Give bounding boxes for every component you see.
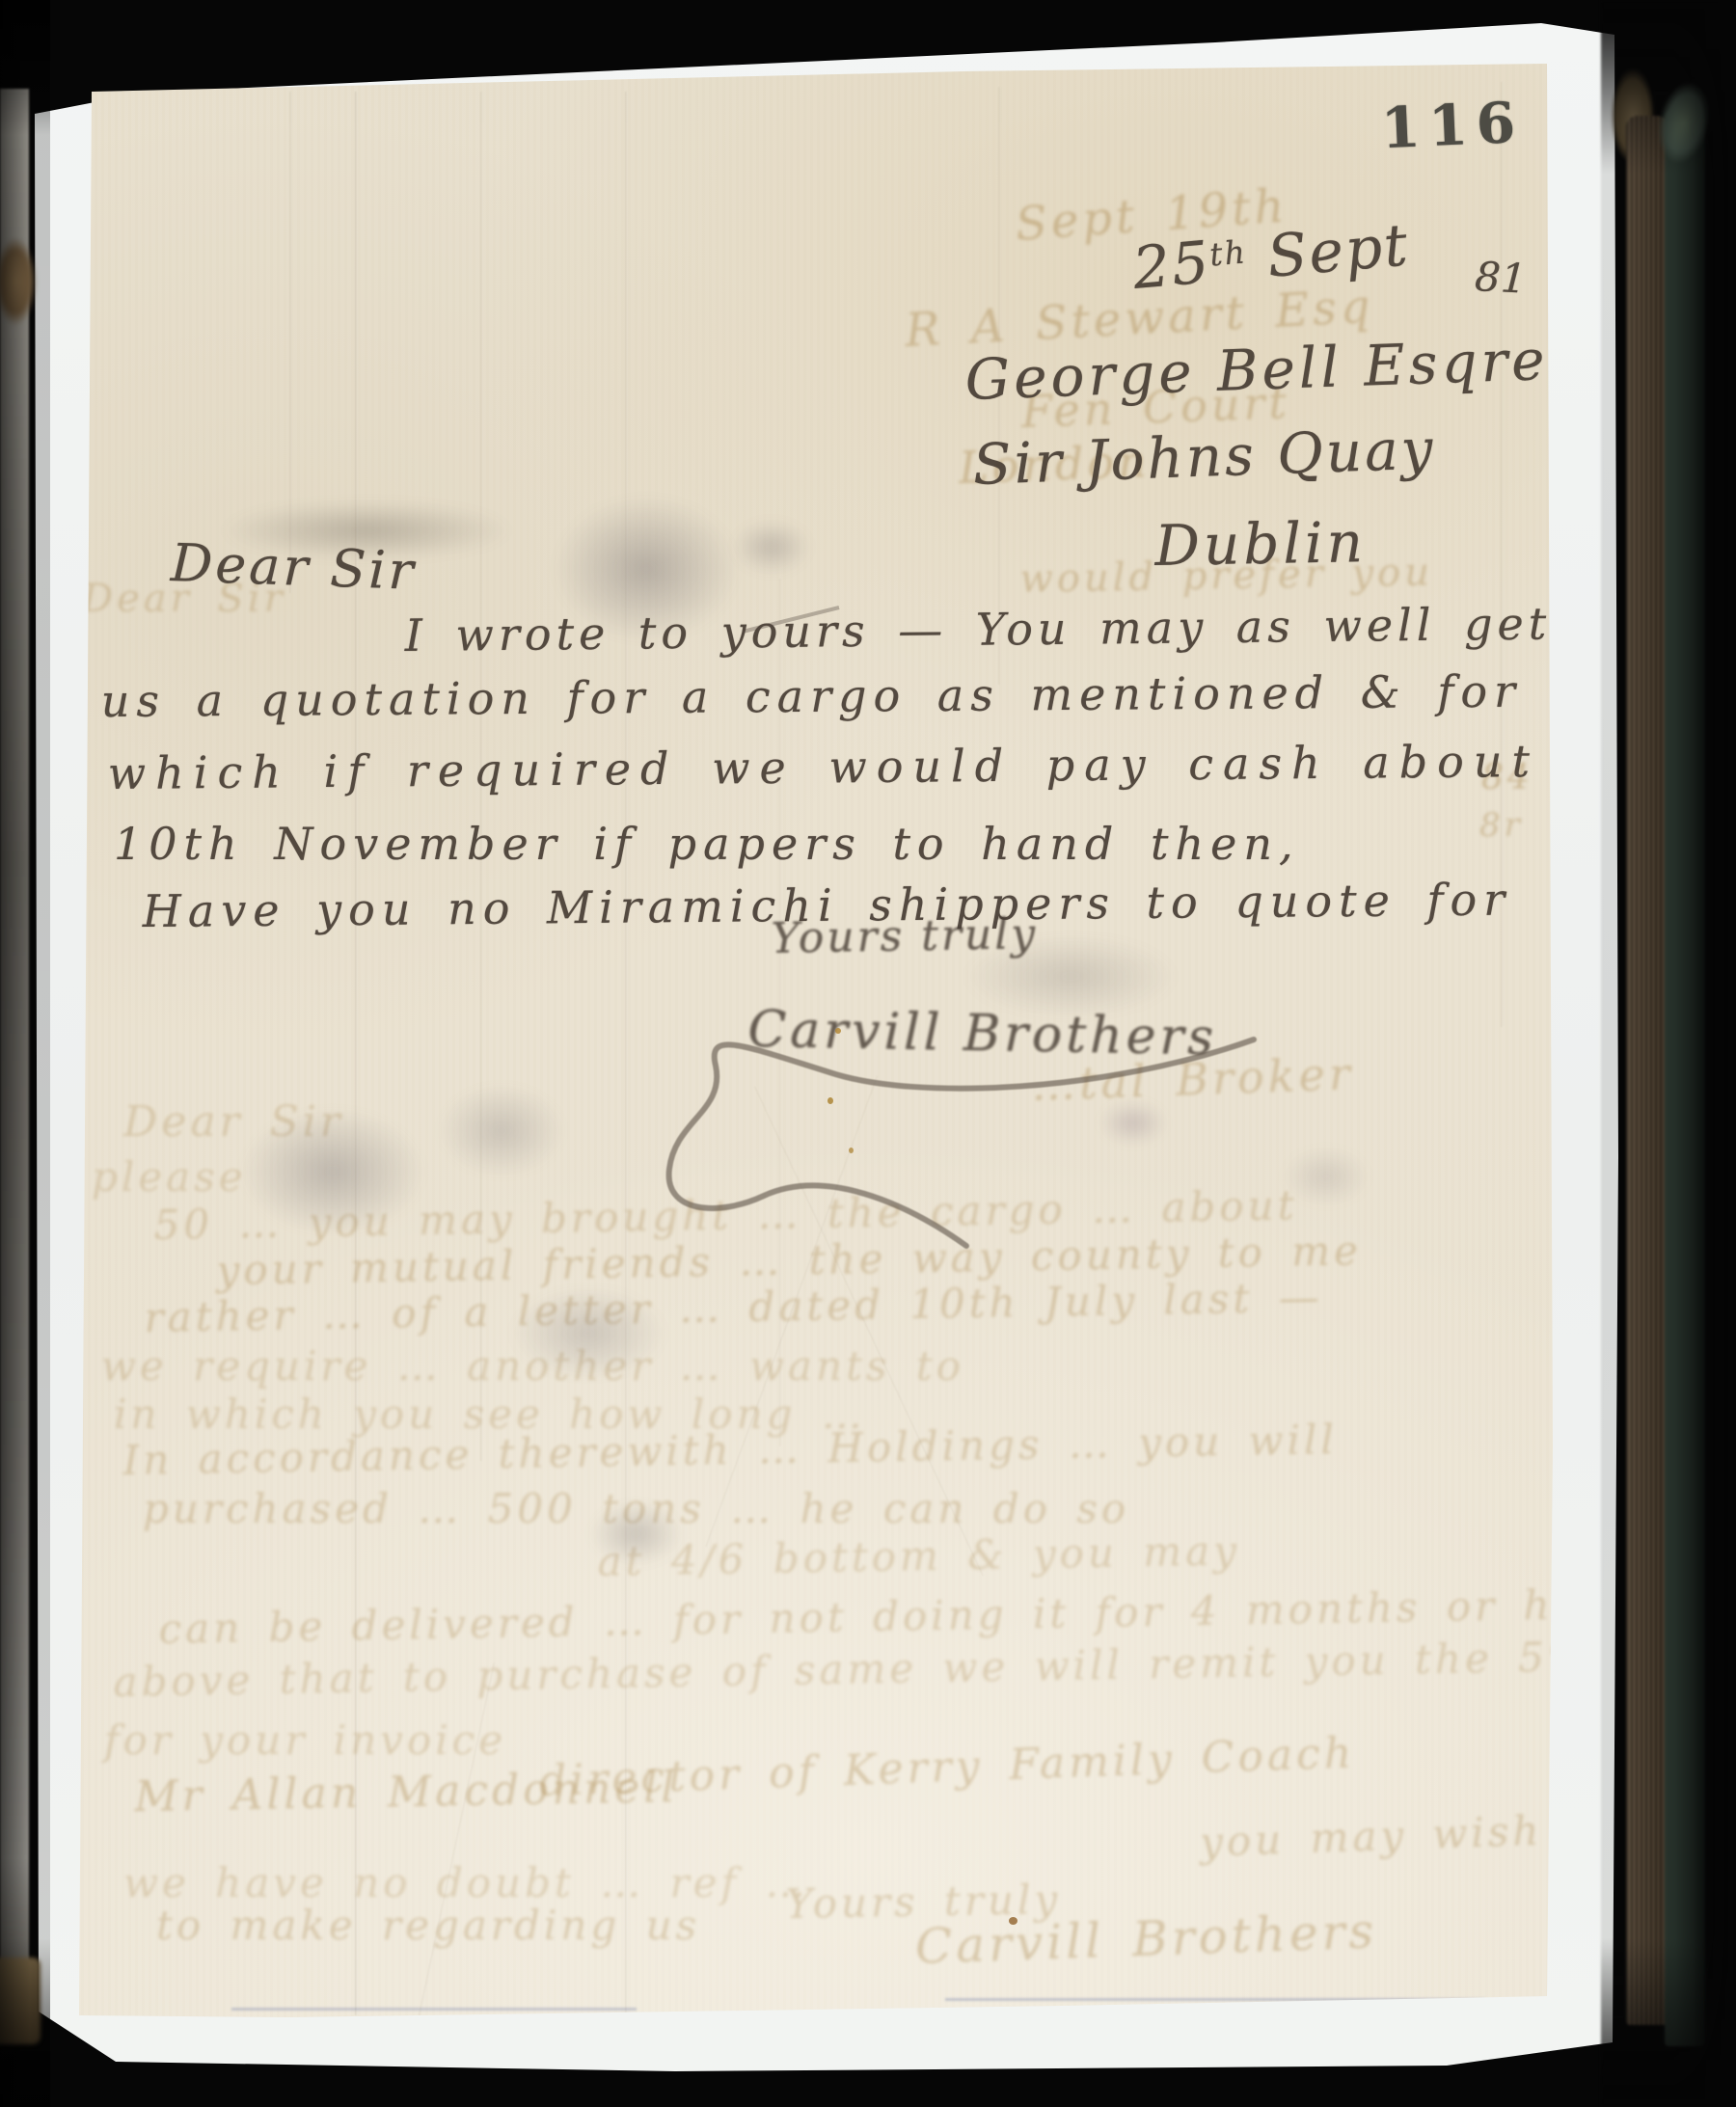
letter-page: Sept 19thR A Stewart EsqFen CourtLondonw… <box>0 0 1736 2107</box>
letter-salutation: Dear Sir <box>170 532 418 602</box>
paper-speck <box>1009 1917 1017 1925</box>
ink-smudge <box>511 1287 665 1379</box>
folio-number-stamp: 116 <box>1380 90 1526 161</box>
ghost-text-fragment: 8r <box>1479 806 1524 845</box>
ink-smudge <box>1099 1101 1167 1145</box>
ghost-text-fragment: you may wish <box>1199 1807 1543 1866</box>
ink-smudge <box>733 521 810 574</box>
spine-shadow <box>0 0 50 2107</box>
letter-body-line: which if required we would pay cash abou… <box>108 735 1540 799</box>
photographed-letterbook-page: Sept 19thR A Stewart EsqFen CourtLondonw… <box>0 0 1736 2107</box>
ghost-text-fragment: for your invoice <box>104 1716 506 1764</box>
ink-smudge <box>241 1109 424 1234</box>
paper-crease <box>625 92 628 2015</box>
letter-closing: Yours truly <box>771 909 1038 963</box>
ghost-text-fragment: director of Kerry Family Coach <box>538 1728 1356 1806</box>
ghost-text-fragment: we have no doubt … ref … <box>123 1859 809 1906</box>
ink-smudge <box>1283 1148 1370 1205</box>
ghost-text-fragment: to make regarding us <box>156 1902 700 1949</box>
letter-signature: Carvill Brothers <box>747 1001 1218 1067</box>
book-spine-left <box>0 0 50 2107</box>
letter-year-fragment: 81 <box>1474 253 1528 303</box>
ghost-text-fragment: please <box>92 1153 247 1201</box>
page-edge-mark <box>231 2008 637 2011</box>
date-suffix: th <box>1208 232 1249 273</box>
letter-address-line2: Dublin <box>1154 509 1368 579</box>
shadow-fade <box>1601 0 1736 2107</box>
paper-speck <box>827 1097 833 1104</box>
letter-body-line: 10th November if papers to hand then, <box>114 818 1300 870</box>
date-day: 25 <box>1130 229 1213 303</box>
date-month: Sept <box>1264 211 1412 291</box>
letter-body-line: us a quotation for a cargo as mentioned … <box>101 665 1523 727</box>
letter-body-line: I wrote to yours — You may as well get <box>404 598 1551 662</box>
paper-speck <box>835 1028 841 1034</box>
adjacent-book-edge <box>1601 0 1736 2107</box>
ink-smudge <box>439 1085 564 1176</box>
ghost-text-fragment: at 4/6 bottom & you may <box>597 1526 1240 1585</box>
ink-smudge <box>590 1502 682 1565</box>
paper-speck <box>849 1148 854 1153</box>
